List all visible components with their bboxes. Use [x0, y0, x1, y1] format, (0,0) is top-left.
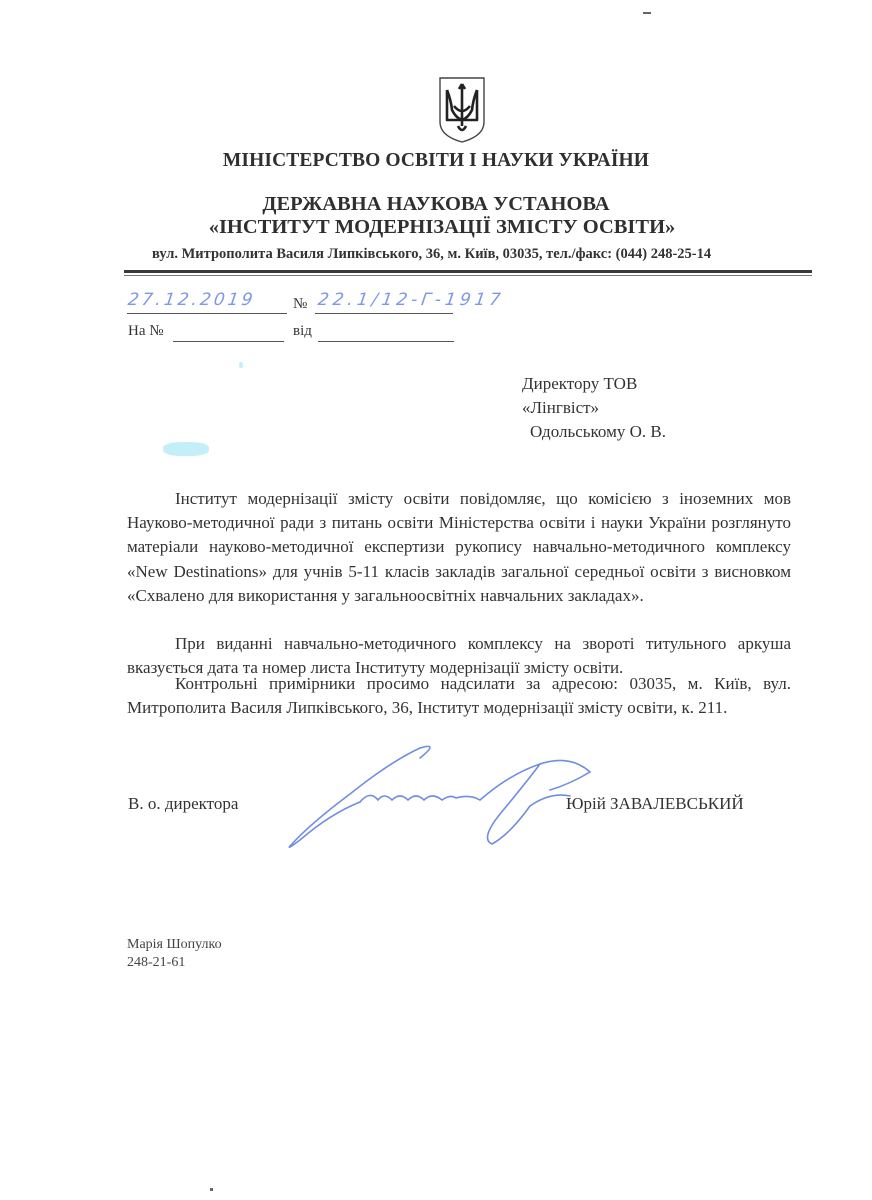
addressee-position: Директору ТОВ [522, 372, 666, 396]
scan-stain [163, 442, 209, 456]
paragraph-text: Контрольні примірники просимо надсилати … [127, 672, 791, 720]
executor-block: Марія Шопулко 248-21-61 [127, 936, 222, 972]
letterhead-divider-thin [124, 275, 812, 276]
date-field-line [127, 312, 287, 314]
addressee-name: Одольському О. В. [522, 420, 666, 444]
executor-name: Марія Шопулко [127, 936, 222, 954]
addressee-company: «Лінгвіст» [522, 396, 666, 420]
scan-speck [643, 12, 651, 14]
scan-speck [210, 1188, 213, 1191]
signatory-name: Юрій ЗАВАЛЕВСЬКИЙ [566, 794, 744, 814]
reply-number-label: На № [128, 323, 164, 340]
body-paragraph-1: Інститут модернізації змісту освіти пові… [127, 487, 791, 608]
signatory-role: В. о. директора [128, 794, 238, 814]
body-paragraph-3: Контрольні примірники просимо надсилати … [127, 672, 791, 720]
number-field-line [315, 312, 453, 314]
reply-date-field-line [318, 340, 454, 342]
addressee-block: Директору ТОВ «Лінгвіст» Одольському О. … [522, 372, 666, 444]
reply-number-field-line [173, 340, 284, 342]
organization-name: «ІНСТИТУТ МОДЕРНІЗАЦІЇ ЗМІСТУ ОСВІТИ» [12, 216, 872, 239]
handwritten-number: 22.1/12-Г-1917 [317, 290, 506, 310]
organization-address: вул. Митрополита Василя Липківського, 36… [152, 246, 711, 263]
executor-phone: 248-21-61 [127, 954, 222, 972]
ministry-title: МІНІСТЕРСТВО ОСВІТИ І НАУКИ УКРАЇНИ [0, 150, 872, 172]
reply-from-label: від [293, 323, 312, 340]
letter-page: МІНІСТЕРСТВО ОСВІТИ І НАУКИ УКРАЇНИ ДЕРЖ… [0, 0, 872, 1200]
number-label: № [293, 296, 307, 313]
paragraph-text: Інститут модернізації змісту освіти пові… [127, 487, 791, 608]
handwritten-date: 27.12.2019 [127, 290, 257, 310]
organization-type: ДЕРЖАВНА НАУКОВА УСТАНОВА [0, 193, 872, 216]
trident-coat-of-arms-icon [438, 76, 486, 144]
letterhead-divider [124, 270, 812, 273]
scan-stain [239, 362, 243, 368]
